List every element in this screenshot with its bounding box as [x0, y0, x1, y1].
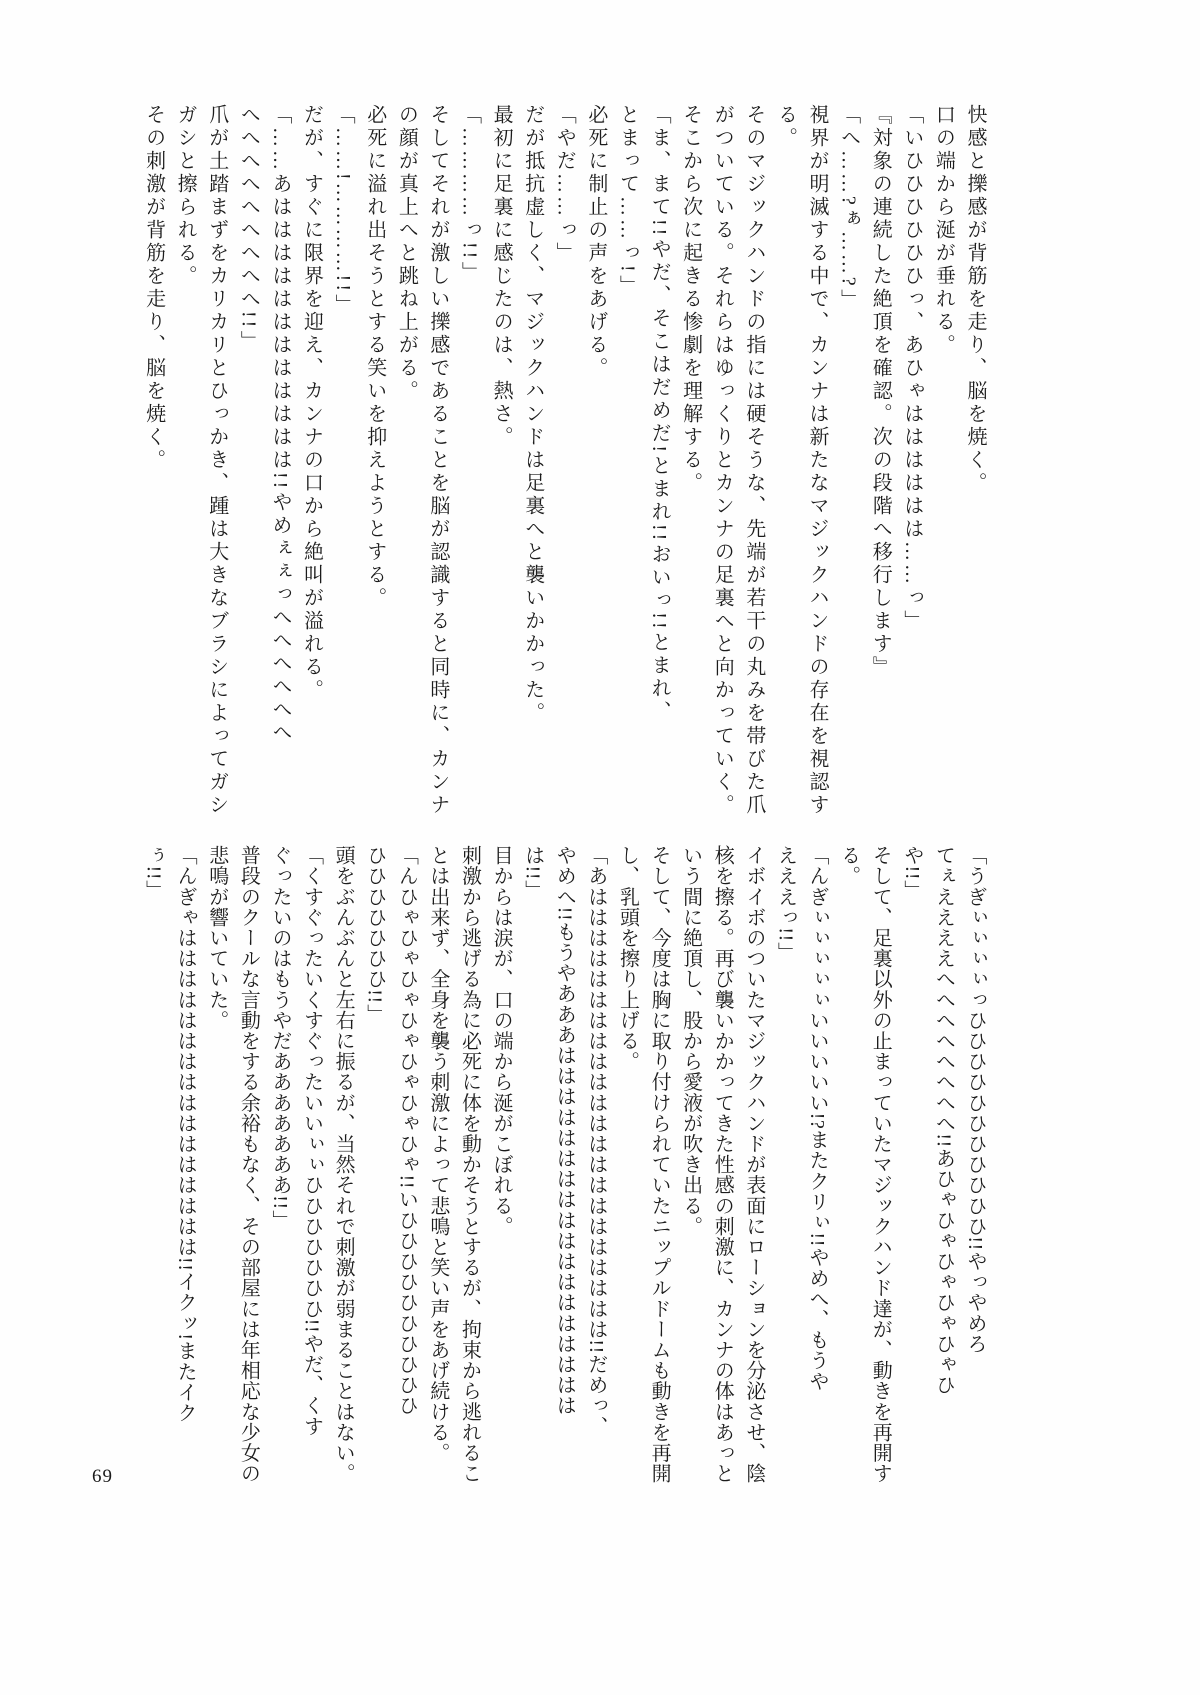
text-line: そのマジックハンドの指には硬そうな、先端が若干の丸みを帯びた爪 [737, 104, 769, 836]
text-line: てぇええええへへへへへへへへ!!あひゃひゃひゃひゃひゃひ [927, 845, 959, 1495]
document-page: 快感と擽感が背筋を走り、脳を焼く。口の端から涎が垂れる。「いひひひひひひっ、あひ… [0, 0, 1200, 1695]
text-line: だが、すぐに限界を迎え、カンナの口から絶叫が溢れる。 [295, 104, 327, 836]
text-line: だが抵抗虚しく、マジックハンドは足裏へと襲いかかった。 [516, 104, 548, 836]
text-line: そして、今度は胸に取り付けられていたニップルドームも動きを再開 [642, 845, 674, 1495]
text-line: 最初に足裏に感じたのは、熱さ。 [485, 104, 517, 836]
text-line: がついている。それらはゆっくりとカンナの足裏へと向かっていく。 [706, 104, 738, 836]
text-line: そして、足裏以外の止まっていたマジックハンド達が、動きを再開す [864, 845, 896, 1495]
text-line: 快感と擽感が背筋を走り、脳を焼く。 [958, 104, 990, 836]
text-line: 核を擦る。再び襲いかかってきた性感の刺激に、カンナの体はあっと [706, 845, 738, 1495]
text-line: 『対象の連続した絶頂を確認。次の段階へ移行します』 [864, 104, 896, 836]
text-line: 「んひゃひゃひゃひゃひゃひゃひゃ!!いひひひひひひひひひひ [390, 845, 422, 1495]
text-line: 口の端から涎が垂れる。 [927, 104, 959, 836]
text-line: 必死に溢れ出そうとする笑いを抑えようとする。 [358, 104, 390, 836]
text-line: そこから次に起きる惨劇を理解する。 [674, 104, 706, 836]
text-line: へへへへへへへへへ!!」 [232, 104, 264, 836]
text-line: る。 [832, 845, 864, 1495]
text-line: 「うぎぃぃぃぃっひひひひひひひひひひひ!!やっやめろ [958, 845, 990, 1495]
text-line: ぅ!!」 [137, 845, 169, 1495]
text-line: えええっ!!」 [769, 845, 801, 1495]
text-line: る。 [769, 104, 801, 836]
text-line: イボイボのついたマジックハンドが表面にローションを分泌させ、陰 [737, 845, 769, 1495]
text-line: 頭をぶんぶんと左右に振るが、当然それで刺激が弱まることはない。 [327, 845, 359, 1495]
text-line: 「へ……?ぁ……?」 [832, 104, 864, 836]
text-line: 必死に制止の声をあげる。 [579, 104, 611, 836]
text-line: 「んぎぃぃぃぃぃいいいいい!?またクリぃ!!やめへ、もうや [800, 845, 832, 1495]
text-line: 視界が明滅する中で、カンナは新たなマジックハンドの存在を視認す [800, 104, 832, 836]
text-line: 爪が土踏まずをカリカリとひっかき、踵は大きなブラシによってガシ [200, 104, 232, 836]
text-line: 「んぎゃはははははははははははははははは!!イクッ!またイク [169, 845, 201, 1495]
text-line: 「くすぐったいくすぐったいいぃぃひひひひひひひ!!やだ、くす [295, 845, 327, 1495]
text-line: 「……あはははははははははははは!!やめぇぇっへへへへへへ [263, 104, 295, 836]
text-line: 「ま、まて!!やだ、そこはだめだ!とまれ!!おいっ!!とまれ、 [642, 104, 674, 836]
text-line: 悲鳴が響いていた。 [200, 845, 232, 1495]
text-line: とまって……っ!」 [611, 104, 643, 836]
text-line: の顔が真上へと跳ね上がる。 [390, 104, 422, 836]
text-line: 刺激から逃げる為に必死に体を動かそうとするが、拘束から逃れるこ [453, 845, 485, 1495]
text-line: とは出来ず、全身を襲う刺激によって悲鳴と笑い声をあげ続ける。 [421, 845, 453, 1495]
page-number: 69 [92, 1466, 113, 1488]
text-line: いう間に絶頂し、股から愛液が吹き出る。 [674, 845, 706, 1495]
text-line: 「…………っ!!」 [453, 104, 485, 836]
text-line: やめへ!!もうやあああはははははははははははははははははは [548, 845, 580, 1495]
bottom-text-block: 「うぎぃぃぃぃっひひひひひひひひひひひ!!やっやめろてぇええええへへへへへへへへ… [137, 845, 990, 1495]
text-line: 「……!…………!!」 [327, 104, 359, 836]
text-line: そしてそれが激しい擽感であることを脳が認識すると同時に、カンナ [421, 104, 453, 836]
text-line: その刺激が背筋を走り、脳を焼く。 [137, 104, 169, 836]
text-line: 普段のクールな言動をする余裕もなく、その部屋には年相応な少女の [232, 845, 264, 1495]
text-line: し、乳頭を擦り上げる。 [611, 845, 643, 1495]
text-line: ひひひひひひひ!!」 [358, 845, 390, 1495]
text-line: や!!」 [895, 845, 927, 1495]
text-line: は!!」 [516, 845, 548, 1495]
text-line: 「いひひひひひひっ、あひゃはははははは……っ」 [895, 104, 927, 836]
text-line: 「あはははははははははははははははははははははは!!だめっ、 [579, 845, 611, 1495]
text-line: ガシと擦られる。 [169, 104, 201, 836]
text-line: 目からは涙が、口の端から涎がこぼれる。 [485, 845, 517, 1495]
top-text-block: 快感と擽感が背筋を走り、脳を焼く。口の端から涎が垂れる。「いひひひひひひっ、あひ… [137, 104, 990, 836]
text-line: ぐったいのはもうやだあああああああ!!」 [263, 845, 295, 1495]
text-line: 「やだ……っ」 [548, 104, 580, 836]
